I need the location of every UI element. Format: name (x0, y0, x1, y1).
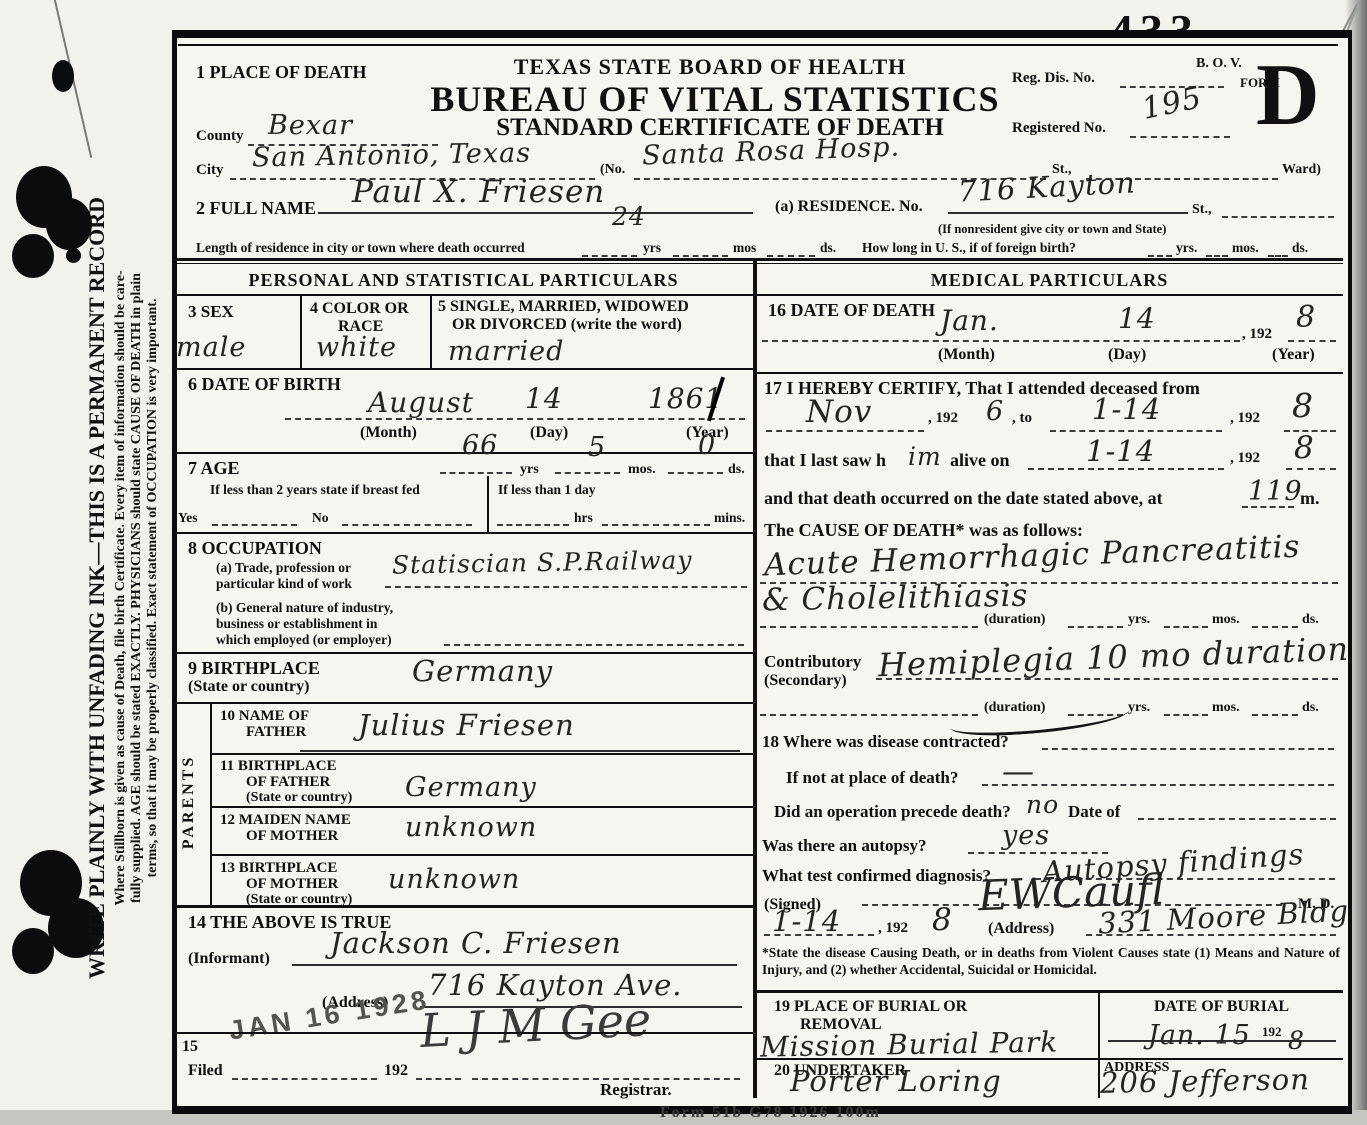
father-name-label2: FATHER (246, 724, 306, 741)
full-name-value: Paul X. Friesen (352, 174, 605, 210)
sign-date-value: 1-14 (772, 904, 841, 938)
double-rule (172, 258, 1343, 261)
fill-line (1164, 700, 1208, 716)
occ-a-label2: particular kind of work (216, 576, 352, 592)
fill-line (342, 510, 472, 526)
mother-bp-value: unknown (388, 864, 520, 895)
last-saw-value: 1-14 (1086, 434, 1155, 468)
test-label: What test confirmed diagnosis? (762, 866, 991, 886)
fill-line (212, 510, 297, 526)
last-year-printed: , 192 (1230, 450, 1260, 467)
margin-note: fully supplied. AGE should be stated EXA… (129, 68, 145, 1108)
margin-note: Where Stillborn is given as cause of Dea… (113, 68, 129, 1108)
rule (174, 1032, 753, 1034)
occ-a-label: (a) Trade, profession or (216, 560, 351, 576)
fill-line (760, 612, 978, 628)
rule (210, 806, 753, 808)
form-footer: Form 51b G78 1926 100m (660, 1104, 881, 1122)
sign-year-printed: , 192 (878, 920, 908, 937)
form-letter-d: D (1256, 52, 1320, 140)
father-bp-label2: OF FATHER (246, 774, 330, 791)
fill-line (1164, 612, 1208, 628)
duration2-yrs: yrs. (1128, 700, 1150, 716)
father-name-label: 10 NAME OF (220, 708, 309, 725)
full-name-label: 2 FULL NAME (196, 198, 316, 219)
occ-b-label3: which employed (or employer) (216, 632, 392, 648)
cause-footnote: *State the disease Causing Death, or in … (762, 944, 1340, 978)
inner-top-rule (178, 44, 1338, 46)
rule (210, 854, 753, 856)
fill-line (472, 1068, 740, 1080)
ink-blob (12, 234, 54, 278)
residence-st-label: St., (1192, 202, 1211, 218)
place-of-death-label: 1 PLACE OF DEATH (196, 62, 367, 83)
margin-note: terms, so that it may be properly classi… (145, 68, 161, 1108)
reg-dis-label: Reg. Dis. No. (1012, 70, 1095, 87)
ink-blob (12, 928, 54, 974)
occurred-time-value: 119 (1248, 476, 1303, 507)
burial-date-value: Jan. 15 (1148, 1020, 1251, 1051)
ink-blob (52, 60, 74, 92)
mother-bp-label2: OF MOTHER (246, 876, 338, 893)
duration2-mos: mos. (1212, 700, 1240, 716)
mother-name-value: unknown (405, 812, 537, 843)
occ-b-label2: business or establishment in (216, 616, 377, 632)
undertaker-address-value: 206 Jefferson (1100, 1062, 1310, 1100)
m-label: m. (1300, 488, 1320, 509)
rule (757, 990, 1343, 993)
rule (174, 702, 753, 704)
month-label: (Month) (360, 424, 417, 442)
rule (174, 294, 753, 296)
margin-instructions: WRITE PLAINLY WITH UNFADING INK—THIS IS … (84, 68, 161, 1108)
burial-date-label: DATE OF BURIAL (1100, 998, 1343, 1016)
sign-year-value: 8 (932, 902, 953, 938)
hrs-label: hrs (574, 510, 593, 526)
color-value: white (316, 332, 397, 363)
rule (757, 1058, 1343, 1060)
rule (210, 753, 753, 755)
fill-line (1148, 240, 1172, 257)
fill-line (1222, 200, 1334, 218)
burial-year-value: 8 (1288, 1026, 1305, 1055)
sex-value: male (176, 332, 246, 363)
dod-year-value: 8 (1296, 300, 1316, 335)
q18-label: 18 Where was disease contracted? (762, 732, 1009, 752)
mother-name-label2: OF MOTHER (246, 828, 338, 845)
duration-ds: ds. (1302, 612, 1319, 628)
occupation-value: Statiscian S.P.Railway (392, 545, 693, 579)
form-word-vertical: FORM (1240, 76, 1253, 90)
from-year-value: 6 (986, 396, 1004, 427)
age-mos-unit: mos. (628, 462, 656, 478)
fill-line (767, 240, 815, 257)
fill-line (444, 630, 744, 646)
fill-line (1268, 240, 1288, 257)
to-year-printed: , 192 (1230, 410, 1260, 427)
contributory-label: Contributory (764, 652, 861, 672)
fill-line (1138, 802, 1336, 820)
age-overwrite: 24 (612, 202, 646, 231)
him-value: im (908, 442, 942, 471)
age-ds-value: 0 (698, 430, 716, 461)
fill-line (1252, 700, 1298, 716)
age-yrs-value: 66 (462, 430, 498, 461)
sex-label: 3 SEX (188, 302, 234, 322)
duration2-ds: ds. (1302, 700, 1319, 716)
to-year-value: 8 (1292, 386, 1314, 425)
fill-line (497, 510, 569, 526)
q18b-label: If not at place of death? (786, 768, 958, 788)
bov-label: B. O. V. (1196, 56, 1242, 72)
unit-mos: mos (733, 240, 756, 256)
fill-line (1068, 612, 1123, 628)
unit-mos2: mos. (1232, 240, 1259, 256)
unit-yrs: yrs (643, 240, 661, 256)
day-label: (Day) (530, 424, 568, 442)
yes-label: Yes (178, 510, 198, 526)
how-long-label: How long in U. S., if of foreign birth? (862, 240, 1076, 256)
occupation-label: 8 OCCUPATION (188, 538, 322, 559)
unit-ds2: ds. (1292, 240, 1308, 256)
occurred-label: and that death occurred on the date stat… (764, 488, 1163, 509)
no-label: No (312, 510, 329, 526)
city-label: City (196, 162, 224, 179)
filed-num: 15 (182, 1038, 198, 1056)
secondary-label: (Secondary) (764, 672, 847, 690)
fill-line (416, 1062, 461, 1080)
informant-label: (Informant) (188, 950, 270, 968)
dod-year-printed: , 192 (1242, 326, 1272, 343)
cell-divider (300, 294, 302, 368)
double-rule (172, 263, 1343, 264)
filed-label: Filed (188, 1062, 223, 1080)
personal-section-title: PERSONAL AND STATISTICAL PARTICULARS (174, 270, 753, 291)
father-name-value: Julius Friesen (358, 708, 575, 742)
residence-label: (a) RESIDENCE. No. (775, 198, 923, 216)
operation-value: no (1026, 790, 1059, 819)
fill-line (673, 240, 728, 257)
alive-on-label: alive on (950, 450, 1010, 471)
fill-line (582, 240, 637, 257)
duration-mos: mos. (1212, 612, 1240, 628)
operation-label: Did an operation precede death? (774, 802, 1011, 822)
marital-label: 5 SINGLE, MARRIED, WIDOWED (438, 298, 689, 316)
color-race-label: 4 COLOR OR (310, 300, 409, 318)
sign-address-label: (Address) (988, 920, 1054, 938)
undertaker-value: Porter Loring (790, 1064, 1002, 1098)
burial-label: 19 PLACE OF BURIAL OR (774, 998, 967, 1016)
last-year-value: 8 (1294, 430, 1315, 466)
filed-year-printed: 192 (384, 1062, 408, 1080)
dod-day-label: (Day) (1108, 346, 1146, 364)
mother-bp-label: 13 BIRTHPLACE (220, 860, 337, 877)
fill-line (1206, 240, 1228, 257)
age-ds-unit: ds. (728, 462, 745, 478)
rule (757, 294, 1343, 296)
father-bp-sub: (State or country) (246, 790, 352, 806)
death-certificate-scan: 433 WRITE PLAINLY WITH UNFADING INK—THIS… (0, 0, 1367, 1125)
cell-divider (430, 294, 432, 368)
medical-section-title: MEDICAL PARTICULARS (757, 270, 1342, 291)
attended-from-value: Nov (806, 394, 872, 430)
nonresident-note: (If nonresident give city or town and St… (938, 222, 1166, 237)
marital-label2: OR DIVORCED (write the word) (452, 316, 682, 334)
cell-divider (487, 476, 489, 532)
county-value: Bexar (268, 110, 353, 141)
informant-value: Jackson C. Friesen (330, 926, 622, 960)
board-title: TEXAS STATE BOARD OF HEALTH (470, 54, 950, 80)
dob-day-value: 14 (525, 382, 563, 415)
father-bp-value: Germany (405, 772, 537, 803)
autopsy-label: Was there an autopsy? (762, 836, 927, 856)
unit-yrs2: yrs. (1176, 240, 1197, 256)
to-label: , to (1012, 410, 1032, 427)
ward-label: Ward) (1282, 162, 1321, 178)
burial-year-printed: 192 (1262, 1024, 1282, 1040)
rule (174, 905, 753, 908)
age-mos-value: 5 (588, 432, 606, 463)
dod-day-value: 14 (1118, 302, 1156, 335)
registrar-label: Registrar. (600, 1080, 672, 1100)
date-of-label: Date of (1068, 802, 1120, 822)
county-label: County (196, 128, 244, 145)
mins-label: mins. (714, 510, 745, 526)
last-saw-label: that I last saw h (764, 450, 886, 471)
marital-value: married (448, 336, 564, 367)
fill-line (762, 312, 1240, 342)
fill-line (1252, 612, 1298, 628)
rule (174, 368, 753, 370)
mother-name-label: 12 MAIDEN NAME (220, 812, 351, 829)
age-label: 7 AGE (188, 458, 240, 479)
rule (757, 372, 1343, 374)
occ-b-label: (b) General nature of industry, (216, 600, 393, 616)
margin-headline: WRITE PLAINLY WITH UNFADING INK—THIS IS … (84, 68, 110, 1108)
from-year-printed: , 192 (928, 410, 958, 427)
age-yrs-unit: yrs (520, 462, 539, 478)
autopsy-value: yes (1002, 820, 1050, 851)
column-divider (753, 261, 757, 1098)
fill-line (1042, 732, 1334, 750)
length-residence-label: Length of residence in city or town wher… (196, 240, 525, 256)
dob-month-value: August (368, 386, 474, 419)
duration-label: (duration) (984, 612, 1045, 628)
registered-no-label: Registered No. (1012, 120, 1106, 137)
dod-year-label: (Year) (1272, 346, 1315, 364)
breastfed-label: If less than 2 years state if breast fed (210, 482, 420, 498)
lessday-label: If less than 1 day (498, 482, 596, 498)
birthplace-value: Germany (412, 654, 553, 688)
q18b-value: — (1002, 752, 1035, 790)
fill-line (602, 510, 710, 526)
ink-blob (66, 248, 81, 263)
birthplace-label: 9 BIRTHPLACE (188, 658, 320, 679)
unit-ds: ds. (820, 240, 836, 256)
fill-line (760, 700, 978, 716)
fill-line (232, 1062, 377, 1080)
rule (174, 532, 753, 534)
birthplace-sub: (State or country) (188, 678, 309, 696)
parents-divider (210, 702, 212, 905)
duration-yrs: yrs. (1128, 612, 1150, 628)
dod-month-value: Jan. (940, 304, 999, 337)
parents-vertical-label: PARENTS (180, 702, 198, 902)
dod-month-label: (Month) (938, 346, 995, 364)
father-bp-label: 11 BIRTHPLACE (220, 758, 337, 775)
attended-to-value: 1-14 (1092, 392, 1161, 426)
